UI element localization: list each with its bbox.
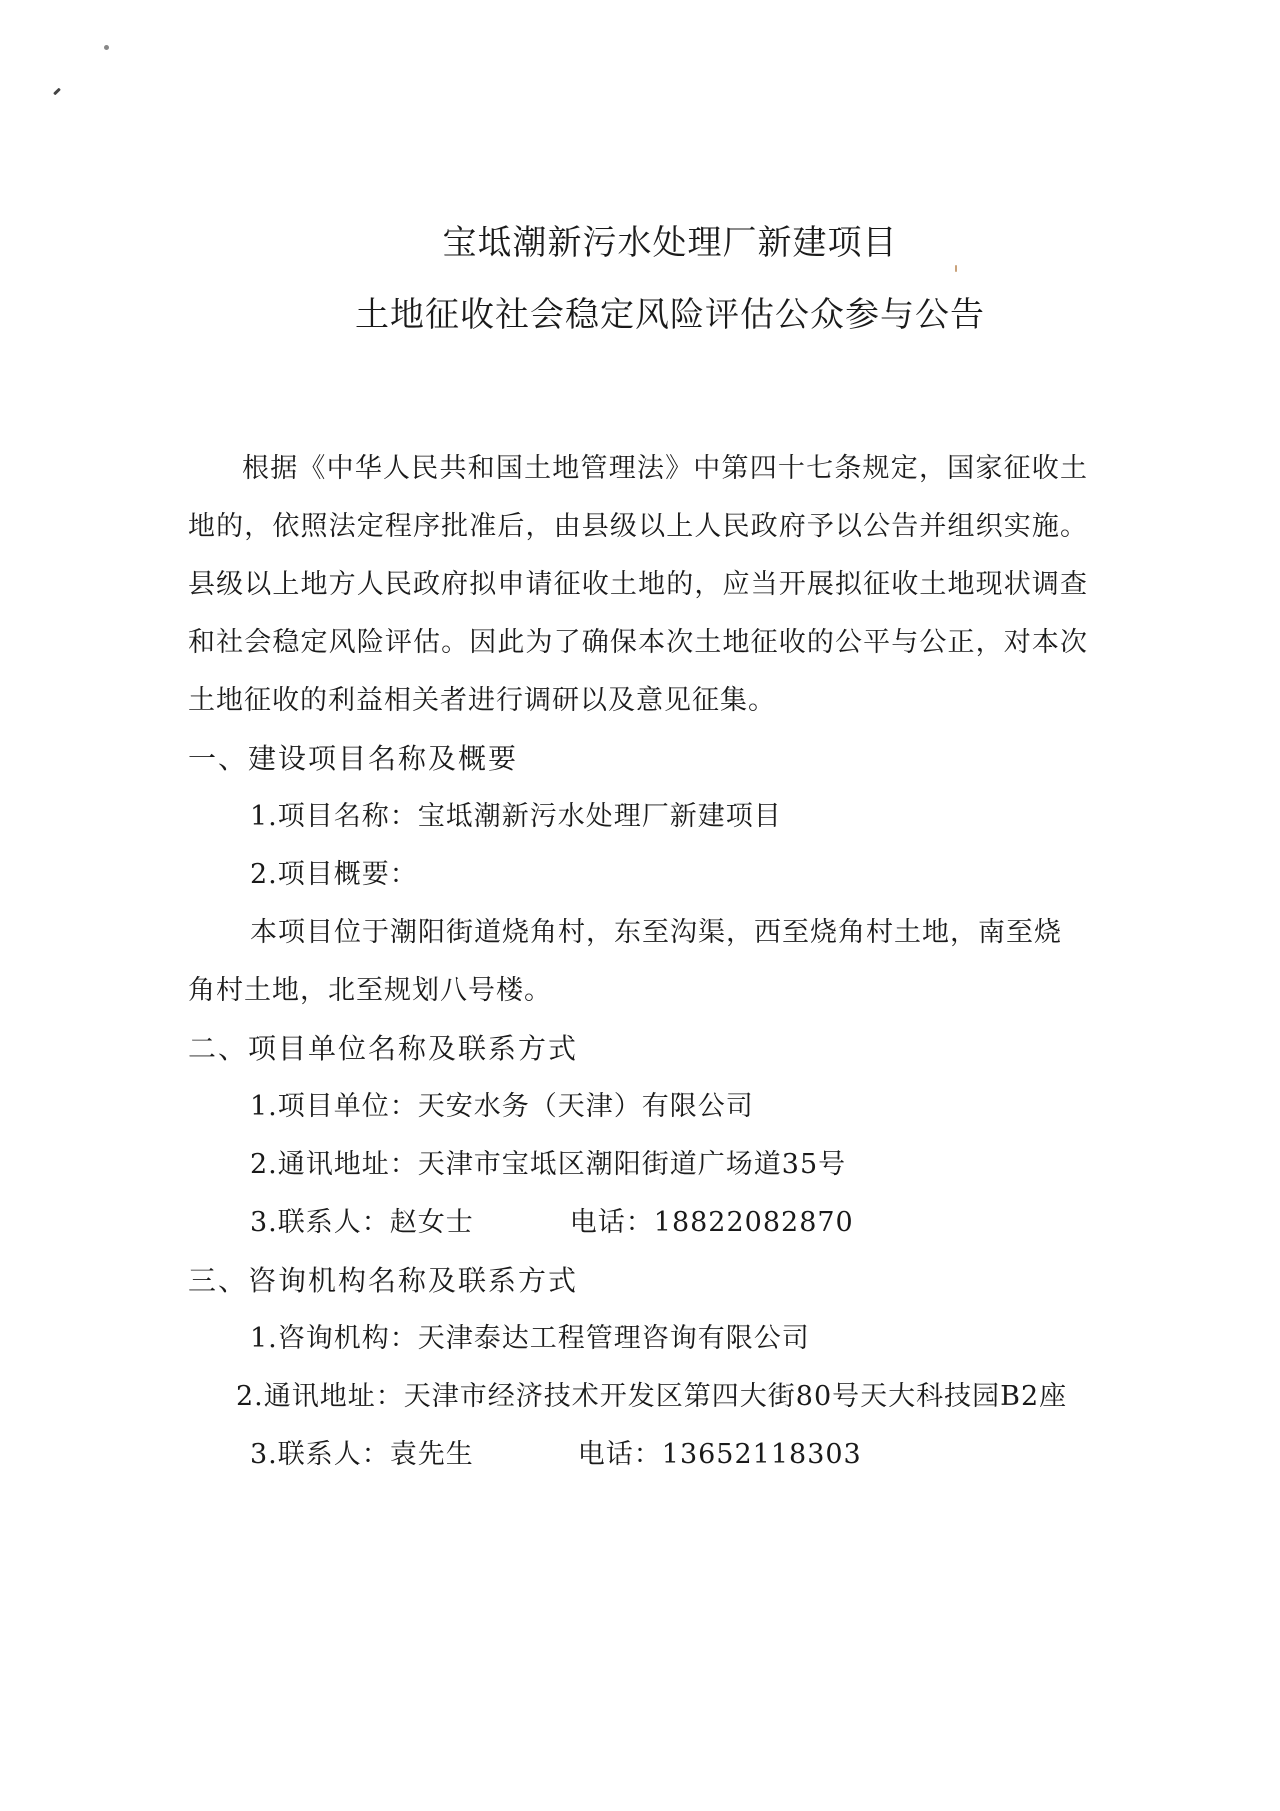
section-heading-project-unit: 二、项目单位名称及联系方式 (188, 1020, 1088, 1078)
section-heading-consulting-agency: 三、咨询机构名称及联系方式 (188, 1252, 1088, 1310)
consulting-agency-contact-item: 3.联系人：袁先生电话：13652118303 (188, 1426, 1088, 1484)
contact-person: 3.联系人：袁先生 (250, 1439, 474, 1470)
scan-artifact (104, 45, 109, 50)
consulting-agency-item: 1.咨询机构：天津泰达工程管理咨询有限公司 (188, 1310, 1088, 1368)
scan-artifact (955, 265, 957, 272)
project-summary-item: 2.项目概要： (188, 846, 1088, 904)
project-location-paragraph: 本项目位于潮阳街道烧角村，东至沟渠，西至烧角村土地，南至烧角村土地，北至规划八号… (188, 904, 1088, 1020)
contact-phone: 电话：18822082870 (570, 1194, 854, 1252)
contact-phone: 电话：13652118303 (578, 1426, 862, 1484)
document-body: 根据《中华人民共和国土地管理法》中第四十七条规定，国家征收土地的，依照法定程序批… (188, 440, 1088, 1484)
intro-paragraph: 根据《中华人民共和国土地管理法》中第四十七条规定，国家征收土地的，依照法定程序批… (188, 440, 1088, 730)
project-name-item: 1.项目名称：宝坻潮新污水处理厂新建项目 (188, 788, 1088, 846)
consulting-agency-address-item: 2.通讯地址：天津市经济技术开发区第四大街80号天大科技园B2座 (188, 1368, 1088, 1426)
project-unit-contact-item: 3.联系人：赵女士电话：18822082870 (188, 1194, 1088, 1252)
project-unit-item: 1.项目单位：天安水务（天津）有限公司 (188, 1078, 1088, 1136)
project-unit-address-item: 2.通讯地址：天津市宝坻区潮阳街道广场道35号 (188, 1136, 1088, 1194)
document-title-line-1: 宝坻潮新污水处理厂新建项目 (30, 226, 1280, 260)
document-title-line-2: 土地征收社会稳定风险评估公众参与公告 (30, 298, 1280, 332)
contact-person: 3.联系人：赵女士 (250, 1207, 474, 1238)
section-heading-project-overview: 一、建设项目名称及概要 (188, 730, 1088, 788)
scan-artifact (53, 88, 61, 96)
